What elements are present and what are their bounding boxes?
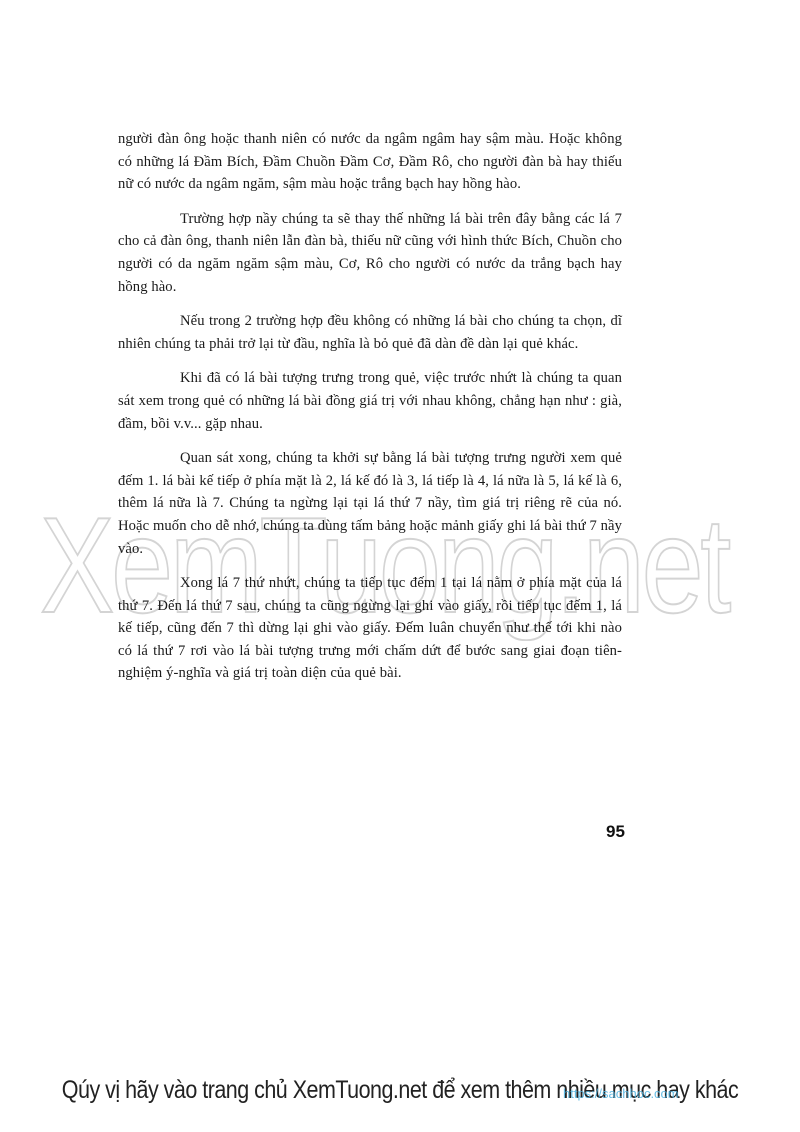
- paragraph-5: Quan sát xong, chúng ta khởi sự bằng lá …: [118, 447, 622, 560]
- paragraph-2: Trường hợp nầy chúng ta sẽ thay thế nhữn…: [118, 208, 622, 298]
- paragraph-3: Nếu trong 2 trường hợp đều không có nhữn…: [118, 310, 622, 355]
- paragraph-4: Khi đã có lá bài tượng trưng trong quẻ, …: [118, 367, 622, 435]
- paragraph-1: người đàn ông hoặc thanh niên có nước da…: [118, 128, 622, 196]
- footer-prefix: Qúy vị hãy vào trang chủ: [62, 1076, 293, 1104]
- homepage-link[interactable]: XemTuong.net: [293, 1076, 427, 1104]
- page-body: người đàn ông hoặc thanh niên có nước da…: [118, 128, 622, 697]
- paragraph-6: Xong lá 7 thứ nhứt, chúng ta tiếp tục đế…: [118, 572, 622, 685]
- page-number: 95: [606, 822, 625, 842]
- url-overlay-link[interactable]: https://sachhoc.com: [563, 1086, 679, 1101]
